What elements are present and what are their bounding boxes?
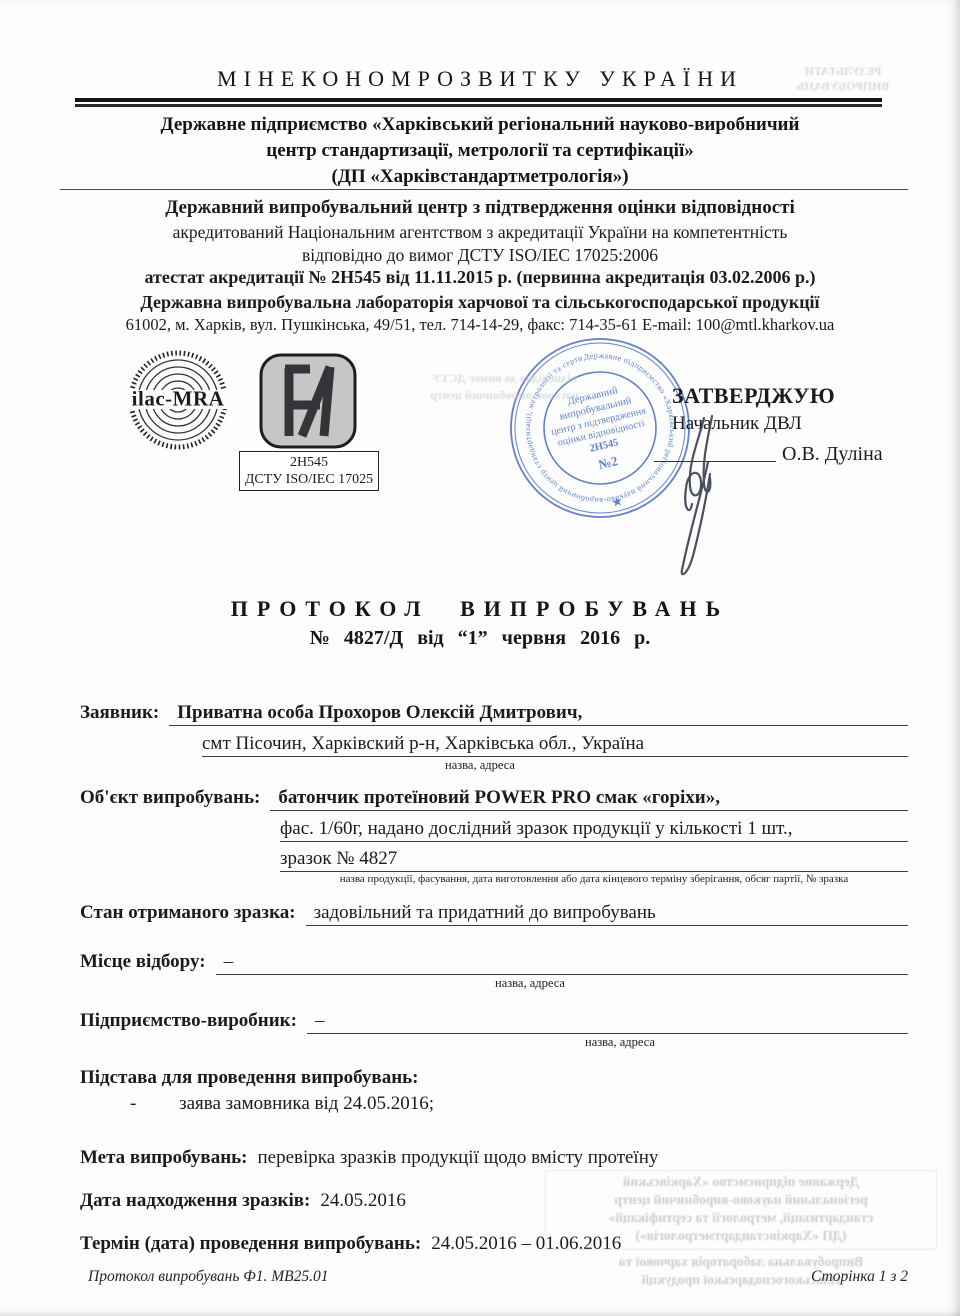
ilac-mra-label: ilac-MRA (132, 387, 225, 411)
object-value-line1: батончик протеїновий POWER PRO смак «гор… (270, 787, 908, 811)
applicant-value-line2: смт Пісочин, Харківский р-н, Харківська … (202, 733, 908, 757)
object-caption: назва продукції, фасування, дата виготов… (280, 873, 908, 885)
ilac-mra-logo: ilac-MRA (122, 348, 234, 452)
bleedthrough-line3: стандартизації, метрології та сертифікац… (550, 1209, 932, 1227)
condition-value: задовільний та придатний до випробувань (306, 902, 908, 926)
object-value-line2: фас. 1/60г, надано дослідний зразок прод… (280, 818, 908, 842)
attestation-line: атестат акредитації № 2Н545 від 11.11.20… (0, 267, 960, 288)
object-value-line3: зразок № 4827 (280, 848, 908, 872)
address-line: 61002, м. Харків, вул. Пушкінська, 49/51… (0, 315, 960, 335)
condition-label: Стан отриманого зразка: (80, 902, 296, 924)
certificate-box: 2Н545 ДСТУ ISO/IEC 17025 (239, 451, 379, 491)
organization-name-line2: центр стандартизації, метрології та серт… (0, 138, 960, 164)
svg-text:№2: №2 (597, 453, 619, 472)
sampling-caption: назва, адреса (220, 976, 840, 991)
purpose-value: перевірка зразків продукції щодо вмісту … (258, 1147, 659, 1169)
header-thick-rule (75, 98, 882, 104)
accreditation-line2: відповідно до вимог ДСТУ ISO/IEC 17025:2… (0, 245, 960, 266)
condition-row: Стан отриманого зразка: задовільний та п… (80, 902, 908, 926)
organization-name-line3: (ДП «Харківстандартметрологія») (0, 164, 960, 190)
organization-name-line1: Державне підприємство «Харківський регіо… (0, 112, 960, 138)
scanned-test-protocol-page: МІНЕКОНОМРОЗВИТКУ УКРАЇНИ Державне підпр… (0, 0, 960, 1316)
accreditation-line1: акредитований Національним агентством з … (0, 222, 960, 243)
protocol-number-line: № 4827/Д від “1” червня 2016 р. (0, 627, 960, 650)
certificate-standard: ДСТУ ISO/IEC 17025 (240, 471, 378, 488)
approver-name: О.В. Дуліна (782, 443, 883, 466)
object-row: Об'єкт випробувань: батончик протеїновий… (80, 787, 908, 811)
test-center-title: Державний випробувальний центр з підтвер… (0, 197, 960, 219)
manufacturer-label: Підприємство-виробник: (80, 1010, 297, 1032)
bleedthrough-line4: (ДП «Харківстандартметрологія») (550, 1227, 932, 1245)
received-value: 24.05.2016 (320, 1190, 406, 1212)
period-label: Термін (дата) проведення випробувань: (80, 1233, 421, 1255)
approve-label: ЗАТВЕРДЖУЮ (672, 383, 835, 409)
bleedthrough-middle: відповідно до вимог ДСТУ науково-виробни… (372, 370, 637, 404)
sampling-value: – (216, 951, 908, 975)
bleedthrough-mid-line1: відповідно до вимог ДСТУ (372, 370, 637, 387)
bleedthrough-box: Державне підприємство «Харківський регіо… (545, 1170, 937, 1250)
bleedthrough-line2: регіональний науково-виробничий центр (550, 1191, 932, 1209)
basis-item-text: заява замовника від 24.05.2016; (179, 1093, 434, 1114)
sampling-row: Місце відбору: – (80, 951, 908, 975)
signature (652, 412, 792, 582)
footer-page-number: Сторінка 1 з 2 (811, 1268, 908, 1286)
organization-name: Державне підприємство «Харківський регіо… (0, 112, 960, 190)
naau-accreditation-mark (258, 352, 358, 450)
basis-item: - заява замовника від 24.05.2016; (130, 1093, 908, 1115)
basis-bullet: - (130, 1093, 136, 1114)
purpose-label: Мета випробувань: (80, 1147, 248, 1169)
bleedthrough-top-right: РЕЗУЛЬТАТИ ВИПРОБУВАНЬ (768, 64, 918, 94)
bleedthrough-mid-line2: науково-виробничий центр (372, 387, 637, 404)
laboratory-title: Державна випробувальна лабораторія харчо… (0, 292, 960, 313)
certificate-number: 2Н545 (240, 454, 378, 471)
applicant-value-line1: Приватна особа Прохоров Олексій Дмитрови… (169, 702, 908, 726)
manufacturer-row: Підприємство-виробник: – (80, 1010, 908, 1034)
applicant-row: Заявник: Приватна особа Прохоров Олексій… (80, 702, 908, 726)
purpose-row: Мета випробувань: перевірка зразків прод… (80, 1147, 908, 1169)
bleedthrough-line1: Державне підприємство «Харківський (550, 1173, 932, 1191)
sampling-label: Місце відбору: (80, 951, 206, 973)
received-label: Дата надходження зразків: (80, 1190, 310, 1212)
footer-form-code: Протокол випробувань Ф1. МВ25.01 (88, 1268, 329, 1286)
object-label: Об'єкт випробувань: (80, 787, 260, 809)
manufacturer-caption: назва, адреса (310, 1035, 930, 1050)
basis-label: Підстава для проведення випробувань: (80, 1067, 908, 1089)
header-thin-rule (60, 189, 908, 190)
applicant-caption: назва, адреса (200, 758, 760, 773)
protocol-title: ПРОТОКОЛ ВИПРОБУВАНЬ (0, 596, 960, 622)
applicant-label: Заявник: (80, 702, 159, 724)
manufacturer-value: – (307, 1010, 908, 1034)
